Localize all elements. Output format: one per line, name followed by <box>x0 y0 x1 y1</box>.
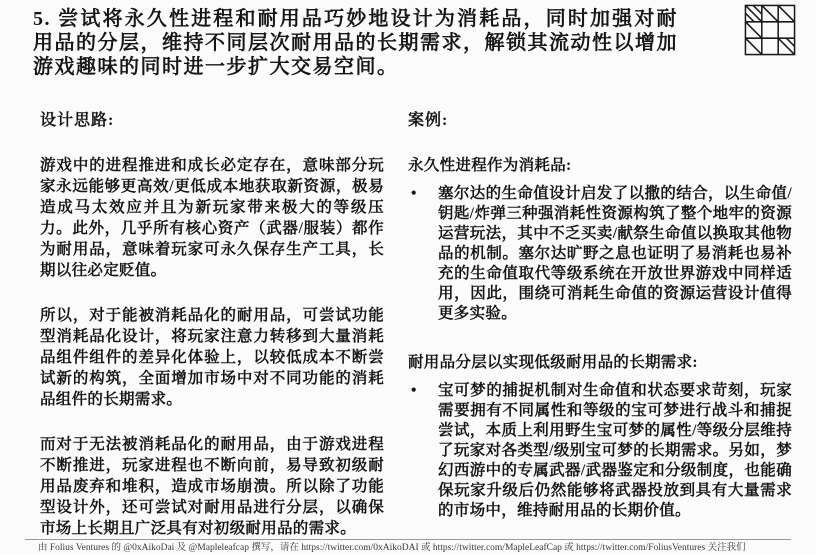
right-column-heading: 案例: <box>408 110 792 131</box>
case-subheading-durable-tiering: 耐用品分层以实现低级耐用品的长期需求: <box>408 352 792 373</box>
cases-column: 案例: 永久性进程作为消耗品: • 塞尔达的生命值设计启发了以撒的结合，以生命值… <box>408 110 792 521</box>
bullet-marker-icon: • <box>408 381 438 521</box>
footer-text: 由 Folius Ventures 的 @0xAikoDai 及 @Maplel… <box>38 542 791 555</box>
design-paragraph-2: 所以，对于能被消耗品化的耐用品，可尝试功能型消耗品化设计，将玩家注意力转移到大量… <box>40 305 384 410</box>
design-ideas-column: 设计思路: 游戏中的进程推进和成长必定存在，意味部分玩家永远能够更高效/更低成本… <box>40 110 384 555</box>
document-page: 5. 尝试将永久性进程和耐用品巧妙地设计为消耗品，同时加强对耐用品的分层，维持不… <box>0 0 816 555</box>
case-bullet-list: • 塞尔达的生命值设计启发了以撒的结合，以生命值/钥匙/炸弹三种强消耗性资源构筑… <box>408 184 792 324</box>
bullet-item: • 宝可梦的捕捉机制对生命值和状态要求苛刻，玩家需要拥有不同属性和等级的宝可梦进… <box>408 381 792 521</box>
design-paragraph-3: 而对于无法被消耗品化的耐用品，由于游戏进程不断推进，玩家进程也不断向前，易导致初… <box>40 434 384 539</box>
grid-logo-icon <box>744 4 796 56</box>
footer: 由 Folius Ventures 的 @0xAikoDai 及 @Maplel… <box>25 539 791 555</box>
left-column-heading: 设计思路: <box>40 110 384 131</box>
case-subheading-permanent-progress: 永久性进程作为消耗品: <box>408 155 792 176</box>
bullet-text: 塞尔达的生命值设计启发了以撒的结合，以生命值/钥匙/炸弹三种强消耗性资源构筑了整… <box>438 184 792 324</box>
bullet-marker-icon: • <box>408 184 438 324</box>
case-bullet-list: • 宝可梦的捕捉机制对生命值和状态要求苛刻，玩家需要拥有不同属性和等级的宝可梦进… <box>408 381 792 521</box>
page-title: 5. 尝试将永久性进程和耐用品巧妙地设计为消耗品，同时加强对耐用品的分层，维持不… <box>33 7 678 79</box>
bullet-text: 宝可梦的捕捉机制对生命值和状态要求苛刻，玩家需要拥有不同属性和等级的宝可梦进行战… <box>438 381 792 521</box>
bullet-item: • 塞尔达的生命值设计启发了以撒的结合，以生命值/钥匙/炸弹三种强消耗性资源构筑… <box>408 184 792 324</box>
design-paragraph-1: 游戏中的进程推进和成长必定存在，意味部分玩家永远能够更高效/更低成本地获取新资源… <box>40 155 384 281</box>
